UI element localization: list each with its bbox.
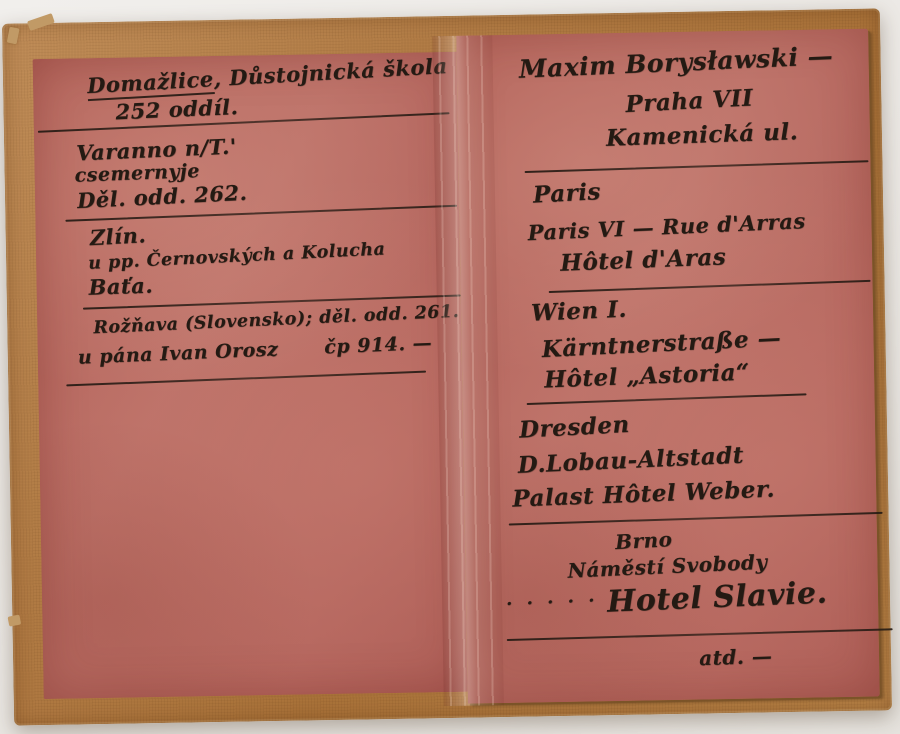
- handwritten-line: Paris VI — Rue d'Arras: [527, 208, 806, 245]
- handwritten-line: Kärntnerstraße —: [541, 324, 782, 363]
- handwritten-line: Kamenická ul.: [606, 118, 799, 152]
- right-page: Maxim Borysławski — Praha VII Kamenická …: [456, 29, 880, 704]
- handwritten-line: Brno: [614, 527, 673, 554]
- ink-divider: [527, 393, 807, 405]
- hotel-name-flourish: Hotel Slavie.: [606, 575, 828, 619]
- ink-divider: [38, 112, 450, 133]
- left-page: Domažlice, Důstojnická škola 252 oddíl. …: [33, 52, 468, 699]
- house-number: čp 914. —: [324, 332, 433, 358]
- ink-divider: [507, 628, 893, 641]
- handwritten-line: Maxim Borysławski —: [518, 41, 833, 84]
- handwritten-line: Wien I.: [531, 296, 628, 327]
- ink-divider: [509, 512, 883, 526]
- handwritten-line: Palast Hôtel Weber.: [512, 476, 776, 513]
- handwritten-line: Praha VII: [625, 84, 754, 118]
- contact-name: u pána Ivan Orosz: [77, 338, 278, 368]
- handwritten-line: Hôtel d'Aras: [560, 243, 727, 276]
- handwritten-line: Zlín.: [89, 222, 147, 250]
- handwritten-line: atd. —: [699, 644, 773, 671]
- handwritten-line: D.Lobau-Altstadt: [517, 442, 744, 479]
- notebook: Domažlice, Důstojnická škola 252 oddíl. …: [2, 8, 892, 725]
- ink-dots: · · · · ·: [506, 590, 599, 615]
- handwritten-line: 252 oddíl.: [115, 94, 239, 124]
- handwritten-line: Domažlice, Důstojnická škola: [86, 53, 448, 98]
- handwritten-line: Paris: [532, 178, 601, 209]
- handwritten-line: u pána Ivan Oroszčp 914. —: [77, 332, 432, 369]
- ink-divider: [66, 371, 426, 387]
- handwritten-line: Dresden: [518, 411, 630, 444]
- pen-gap: [279, 353, 325, 355]
- line-rest: , Důstojnická škola: [213, 53, 448, 91]
- handwritten-line: Hôtel „Astoria“: [544, 359, 750, 394]
- ink-divider: [549, 280, 871, 293]
- handwritten-line: Náměstí Svobody: [567, 550, 768, 583]
- handwritten-line: · · · · · Hotel Slavie.: [506, 575, 829, 623]
- ink-divider: [525, 160, 869, 173]
- handwritten-line: Baťa.: [88, 273, 153, 300]
- photograph-of-open-notebook: Domažlice, Důstojnická škola 252 oddíl. …: [0, 0, 900, 734]
